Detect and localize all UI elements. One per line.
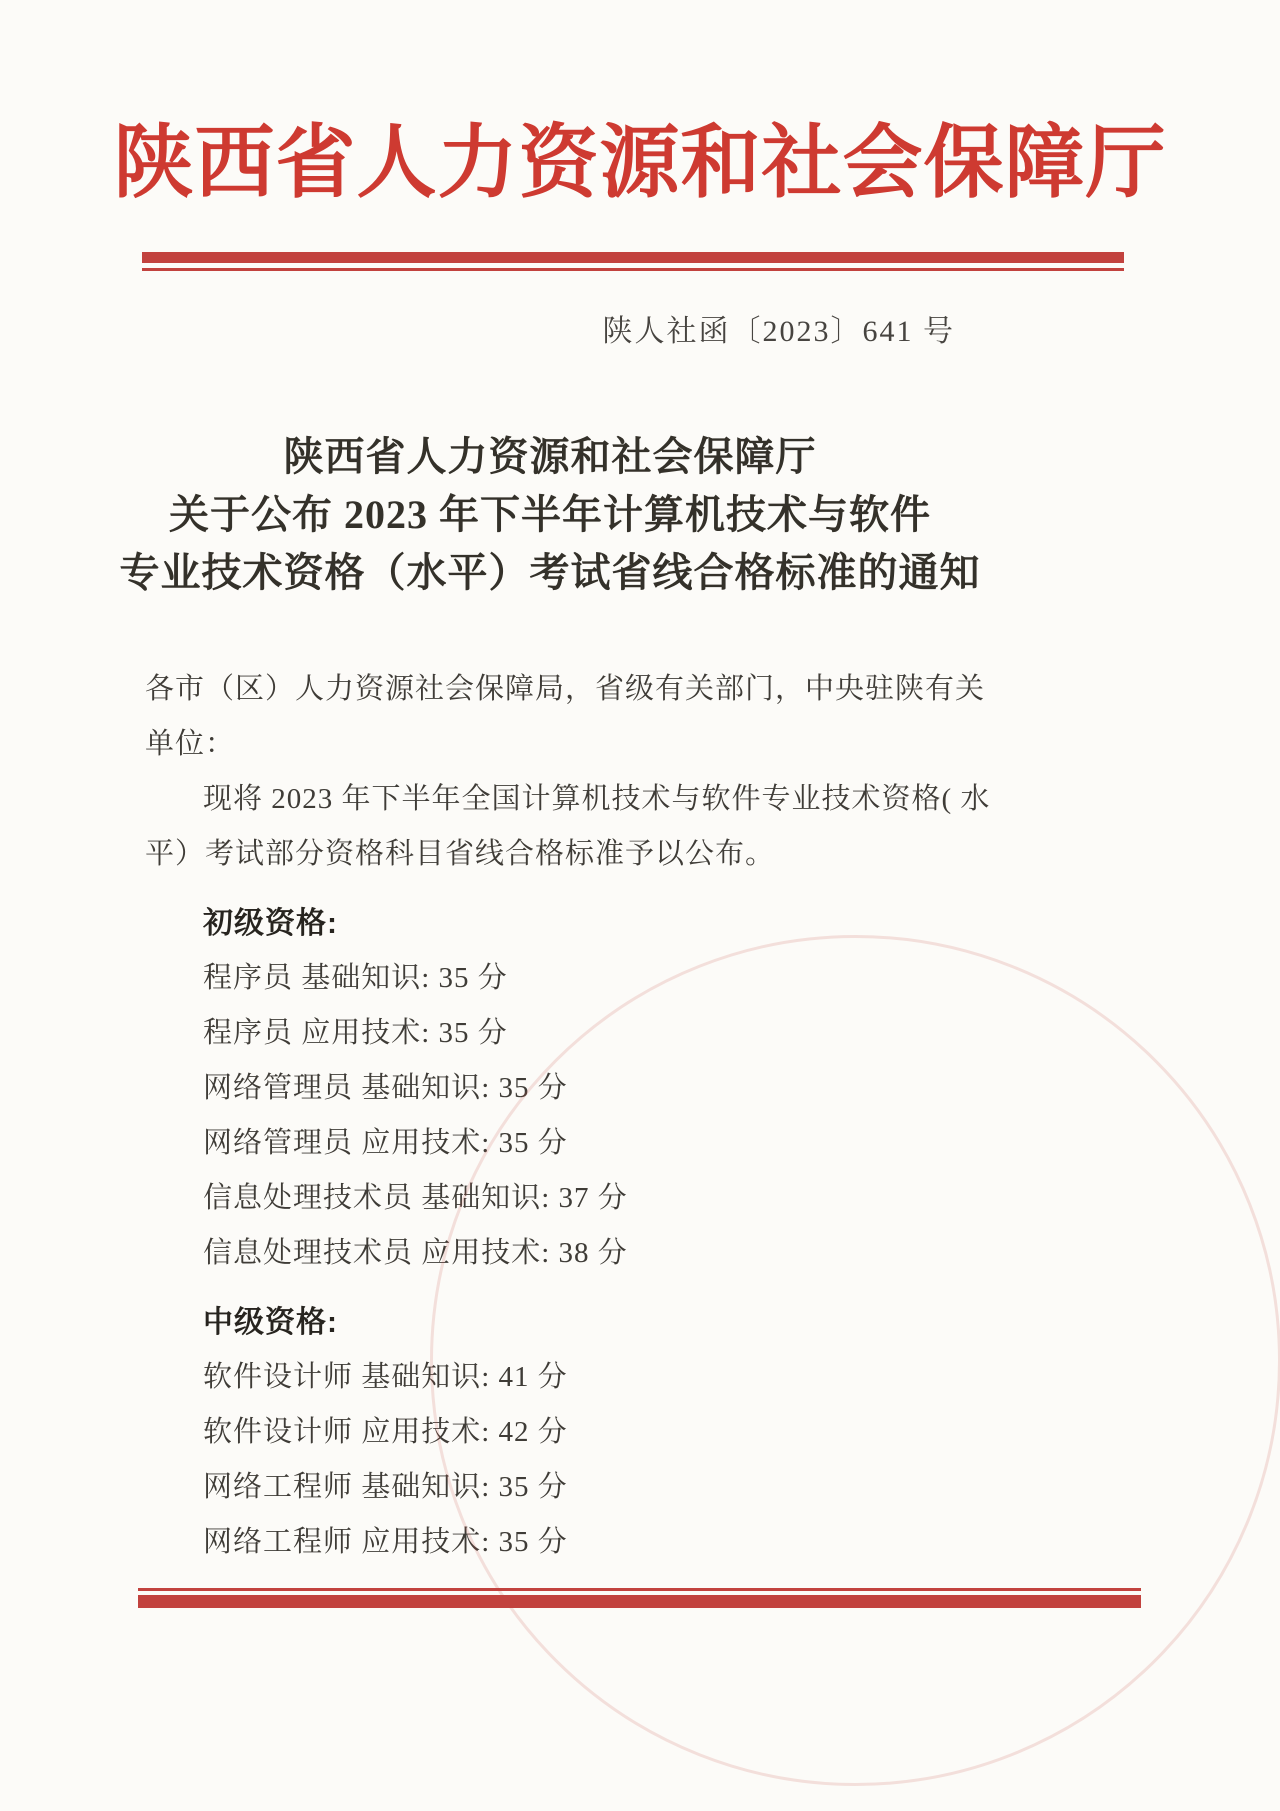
document-line: 软件设计师 基础知识: 41 分	[145, 1350, 985, 1405]
document-line: 信息处理技术员 应用技术: 38 分	[145, 1226, 985, 1281]
document-line: 网络工程师 基础知识: 35 分	[145, 1460, 985, 1515]
document-line: 单位：	[145, 717, 985, 772]
document-line: 网络管理员 应用技术: 35 分	[145, 1116, 985, 1171]
document-line: 网络管理员 基础知识: 35 分	[145, 1061, 985, 1116]
document-title-line-3: 专业技术资格（水平）考试省线合格标准的通知	[30, 544, 1070, 602]
document-number: 陕人社函〔2023〕641 号	[145, 315, 955, 349]
footer-divider	[138, 1588, 1141, 1608]
letterhead-title: 陕西省人力资源和社会保障厅	[0, 0, 1280, 216]
document-line: 现将 2023 年下半年全国计算机技术与软件专业技术资格( 水	[145, 772, 985, 827]
document-line: 程序员 应用技术: 35 分	[145, 1006, 985, 1061]
document-line: 程序员 基础知识: 35 分	[145, 951, 985, 1006]
document-line: 软件设计师 应用技术: 42 分	[145, 1405, 985, 1460]
document-line: 平）考试部分资格科目省线合格标准予以公布。	[145, 827, 985, 882]
letterhead-divider	[142, 252, 1124, 271]
footer-thick-line	[138, 1595, 1141, 1608]
section-heading: 初级资格:	[145, 896, 985, 951]
document-line: 信息处理技术员 基础知识: 37 分	[145, 1171, 985, 1226]
divider-thin-line	[142, 268, 1124, 271]
document-line: 各市（区）人力资源社会保障局，省级有关部门，中央驻陕有关	[145, 662, 985, 717]
divider-thick-line	[142, 252, 1124, 263]
document-title-line-1: 陕西省人力资源和社会保障厅	[30, 428, 1070, 486]
section-heading: 中级资格:	[145, 1295, 985, 1350]
document-title: 陕西省人力资源和社会保障厅 关于公布 2023 年下半年计算机技术与软件 专业技…	[30, 428, 1070, 602]
document-line: 网络工程师 应用技术: 35 分	[145, 1515, 985, 1570]
document-body: 各市（区）人力资源社会保障局，省级有关部门，中央驻陕有关单位：现将 2023 年…	[145, 662, 985, 1570]
document-title-line-2: 关于公布 2023 年下半年计算机技术与软件	[30, 486, 1070, 544]
scanned-document-page: 陕西省人力资源和社会保障厅 陕人社函〔2023〕641 号 陕西省人力资源和社会…	[0, 0, 1280, 1811]
